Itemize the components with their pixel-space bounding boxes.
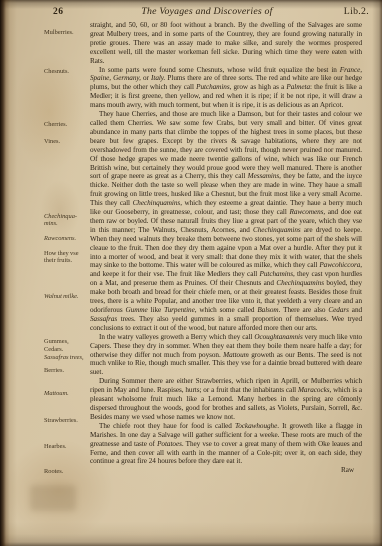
catchword: Raw: [90, 466, 362, 475]
margin-note-cherries: Cherries.: [44, 121, 89, 128]
margin-note-how-they-vse-fruits: How they vse their fruits.: [44, 250, 89, 264]
paragraph-sommer-herbes: During Sommer there are either Strawberr…: [90, 377, 362, 422]
book-page-scan: 26 The Voyages and Discoveries of Lib.2.…: [0, 0, 382, 546]
margin-note-mattoum: Mattoum.: [44, 390, 89, 397]
margin-note-rootes: Rootes.: [44, 468, 89, 475]
margin-note-sassafras-trees: Sassafras trees,: [44, 354, 89, 361]
margin-note-rawcomens: Rawcomens.: [44, 235, 89, 242]
margin-note-strawberries: Strawberries.: [44, 417, 89, 424]
paragraph-berries-mattoum: In the watry valleyes groweth a Berry wh…: [90, 333, 362, 378]
margin-note-cedars: Cedars.: [44, 346, 89, 353]
show-through-smudge: [40, 180, 80, 240]
margin-note-berries: Berries.: [44, 367, 89, 374]
paragraph-cherries-vines-fruits: They haue Cherries, and those are much l…: [90, 110, 362, 333]
book-section-label: Lib.2.: [344, 6, 369, 17]
margin-note-walnut-milke: Walnut milke.: [44, 293, 89, 300]
paragraph-chesnuts-plums: In some parts were found some Chesnuts, …: [90, 66, 362, 111]
margin-note-gummes: Gummes,: [44, 338, 89, 345]
body-text-column: straight, and 50, 60, or 80 foot without…: [90, 21, 362, 475]
paragraph-rootes: The chiefe root they haue for food is ca…: [90, 422, 362, 467]
running-title: The Voyages and Discoveries of: [104, 6, 310, 17]
margin-note-chesnuts: Chesnuts.: [44, 68, 89, 75]
margin-note-vines: Vines.: [44, 138, 89, 145]
paragraph-trees-continued: straight, and 50, 60, or 80 foot without…: [90, 21, 362, 66]
show-through-smudge: [30, 485, 76, 511]
margin-note-mulberries: Mulberries.: [44, 29, 89, 36]
margin-note-chechinquamins: Chechinqua-mins.: [44, 213, 89, 227]
margin-note-hearbes: Hearbes.: [44, 443, 89, 450]
page-number: 26: [53, 7, 64, 17]
